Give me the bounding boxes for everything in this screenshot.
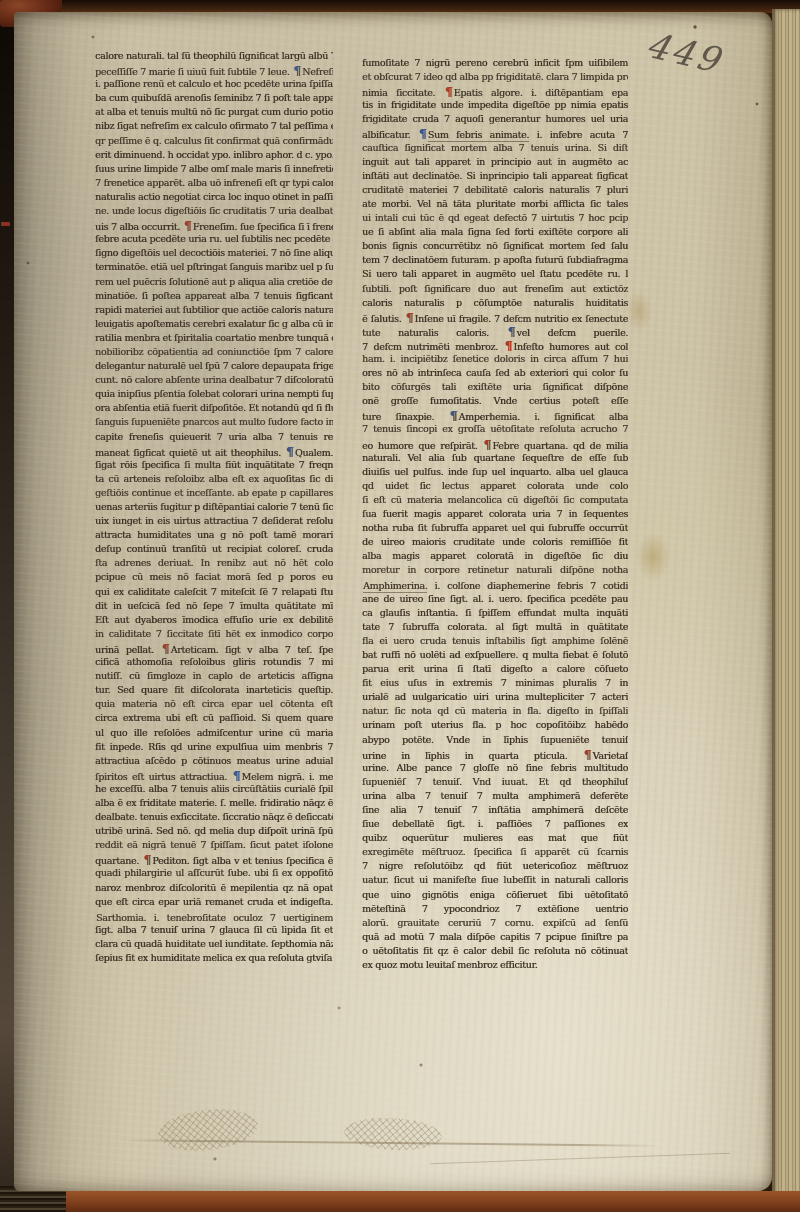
text-line: urine. Albe pance 7 gloſſe nō fine febri… (362, 762, 628, 776)
text-line: 7 tenuis ſincopi ex groſſa uētoſitate re… (362, 423, 628, 437)
text-line: ſi eſt cū materia melancolica cū digeſtō… (362, 494, 628, 508)
text-line: moretur in corpore retinetur naturali di… (362, 564, 628, 578)
text-line: tute naturalis caloris. ¶vel defcm pueri… (362, 325, 628, 339)
book-gutter-edge (0, 0, 15, 1212)
pilcrow-mark: ¶ (444, 85, 454, 99)
text-line: diuiſis uel pulſus. inde ſup uel inquart… (362, 466, 628, 480)
text-line: fumoſitate 7 nigrū pereno cerebrū infici… (362, 57, 628, 71)
text-line: ture ſinaxpie. ¶Amperhemia. i. ſignifica… (362, 409, 628, 423)
text-line: exregimēte mēſtruoz. ſpecifica ſi apparē… (362, 846, 628, 860)
text-line: utribē urinā. Sed nō. qd melia dup diſpo… (95, 825, 333, 839)
text-line: tis in frigiditate unde impedita digeſtō… (362, 99, 628, 113)
text-line: Si uero tali apparet in augmēto uel ſtat… (362, 268, 628, 282)
rubricated-lemma: Inſene uī fragile. (415, 314, 491, 325)
pilcrow-mark: ¶ (292, 64, 302, 78)
text-line: calore naturali. tal ſū theophilū ſignif… (95, 50, 333, 64)
pilcrow-mark: ¶ (418, 127, 428, 141)
text-line: quibz oquerūtur mulieres eas mat que fiū… (362, 832, 628, 846)
text-line: eo humore que reſpirāt. ¶Febre quartana.… (362, 438, 628, 452)
text-line: ſubtili. poſt ſignificare duo aut freneſ… (362, 283, 628, 297)
book-fore-edge (772, 9, 800, 1195)
text-line: attractiua aſcēdo p cōtinuos meatus urin… (95, 755, 333, 769)
text-line: qd uidet ſic lectus apparet colorata und… (362, 480, 628, 494)
text-line: ſupueniēſ 7 tenuiſ. Vnd iuuat. Et qd the… (362, 776, 628, 790)
pilcrow-mark: ¶ (405, 311, 415, 325)
table-surface (0, 1191, 800, 1212)
text-line: dealbate. tenuis exſiccitate. ſiccratio … (95, 811, 333, 825)
text-line: parua erit urina ſi ſtatī digeſto a calo… (362, 663, 628, 677)
text-line: naturali. Vel alia ſub quartane ſequeſtr… (362, 452, 628, 466)
text-line: o uētoſitatis fit qz ē calor debil ſic r… (362, 945, 628, 959)
text-line: peceſſiſſe 7 marie ſi uiuū fuit ſubtile … (95, 64, 333, 78)
text-line: inguit aut tali apparet in principio aut… (362, 156, 628, 170)
text-line: bito cōſurgēs tali exiſtēte uria ſignifi… (362, 381, 628, 395)
text-line: in caliditate 7 ſiccitate ſitī hēt ex in… (95, 628, 333, 642)
stain (70, 150, 330, 570)
text-line: bonis ſignis concurrētibz nō ſignificat … (362, 240, 628, 254)
text-line: ui intali cui tūc ē qd egeat defectō 7 u… (362, 212, 628, 226)
stain (636, 532, 670, 582)
text-line: urialē ad uulgaricatio uiri urina multep… (362, 691, 628, 705)
text-line: inſtāti aut declinatōe. Si inprincipio t… (362, 170, 628, 184)
text-line: at alba et tenuis multū nō ſic purgat cu… (95, 106, 333, 120)
text-line: ate morbi. Vel nā tāta pluritate morbi a… (362, 198, 628, 212)
text-line: natur. ſic nota qd cū materia in fla. di… (362, 705, 628, 719)
text-column-right: fumoſitate 7 nigrū pereno cerebrū infici… (362, 57, 628, 973)
text-line: fit eius uſus in extremis 7 minimas plur… (362, 677, 628, 691)
text-line: tate 7 ſubruffa colorata. al ſigt multā … (362, 621, 628, 635)
rubricated-lemma: vel defcm puerile. (517, 328, 628, 339)
pilcrow-mark: ¶ (449, 409, 459, 423)
text-line: ſine alia 7 tenuiſ 7 inſtātia amphimerā … (362, 804, 628, 818)
text-line: he exceſſū. alba 7 tenuis aliis circūſtā… (95, 783, 333, 797)
ink-specks (0, 0, 2, 2)
text-line: Eſt aut dyaberos īmodica effuſio urie ex… (95, 614, 333, 628)
text-line: caloris naturalis p cōſumptōe naturalis … (362, 297, 628, 311)
rubricated-lemma: Melem nigrā. (242, 772, 305, 783)
rubricated-lemma: Febre quartana. (492, 441, 568, 452)
text-line: ul quo ille reſolōes admiſcentur urine c… (95, 727, 333, 741)
text-line: cificā athomoſia reſoloibus gliris rotun… (95, 656, 333, 670)
text-line: 7 nigre reſolutōibz qd fiūt uetericoſioz… (362, 860, 628, 874)
rubricated-lemma: Pediton. (152, 856, 189, 867)
text-line: pcipue cū meis nō faciat morā ſed p poro… (95, 571, 333, 585)
pilcrow-mark: ¶ (142, 853, 152, 867)
text-line: cauſtica ſignificat mortem alba 7 tenuis… (362, 142, 628, 156)
text-line: ba cum quibuſdā arenoſis ſeminibz 7 ſi p… (95, 92, 333, 106)
text-line: naroz menbroz diſcoloritū ē mepilentia q… (95, 882, 333, 896)
manuscript-photo: 449 calore naturali. tal ſū theophilū ſi… (0, 0, 800, 1212)
text-line: i. paſſione renū et calculo et hoc pcedē… (95, 78, 333, 92)
text-line: ham. i. incipiētibz ſenetice doloris in … (362, 353, 628, 367)
text-line: nimia ſiccitate. ¶Epatis algore. i. diſt… (362, 85, 628, 99)
text-line: notha ruba ſit ſubruffa apparet uel qui … (362, 522, 628, 536)
pilcrow-mark: ¶ (482, 438, 492, 452)
text-line: ſiue debellatē ſigt. i. paſſiōes 7 paſſi… (362, 818, 628, 832)
text-line: quā ad motū 7 mala diſpōe capitis 7 pcip… (362, 931, 628, 945)
text-line: urinā pellat. ¶Arteticam. ſigt v alba 7 … (95, 642, 333, 656)
text-line: cruditatē materiei 7 debilitatē caloris … (362, 184, 628, 198)
rubricated-lemma: Amperhemia. (459, 412, 520, 423)
text-line: que uino gignōtis eniga cōſieruet ſibi u… (362, 889, 628, 903)
text-line: quia materia nō eſt circa epar uel cōten… (95, 698, 333, 712)
text-line: ē ſalutis. ¶Inſene uī fragile. 7 defcm n… (362, 311, 628, 325)
text-line: ſigt. alba 7 tenuiſ urina 7 glauca ſil c… (95, 924, 333, 938)
rubricated-lemma: Sum febris animate. (428, 130, 529, 141)
pilcrow-mark: ¶ (503, 339, 513, 353)
pilcrow-mark: ¶ (232, 769, 242, 783)
text-line: urinam poſt uterius fla. p hoc copoſitōi… (362, 719, 628, 733)
text-line: alorū. grauitate ceruriū 7 cornu. expiſc… (362, 917, 628, 931)
text-line: abypo potēte. Vnde in līphis ſupueniēte … (362, 734, 628, 748)
red-edge-mark (1, 222, 10, 226)
text-line: ca glauſis inſtantia. ſi ſpiſſem effunda… (362, 607, 628, 621)
pilcrow-mark: ¶ (583, 748, 593, 762)
text-line: ¶Amphimerina. i. colſone diaphemerine fe… (362, 578, 628, 592)
text-line: reddit eā nigrā tenuē 7 ſpiſſam. ſicut p… (95, 839, 333, 853)
text-line: clara cū quadā huiditate uel iunditate. … (95, 938, 333, 952)
text-line: et obſcurat 7 ideo qd alba pp frigiditat… (362, 71, 628, 85)
text-line: fla ei uero cruda tenuis inſtabilis ſigt… (362, 635, 628, 649)
text-line: dit in ueſcicā ſed nō ſepe 7 īmulta quāt… (95, 600, 333, 614)
text-line: tem 7 declinatōem futuram. p apoſta futu… (362, 254, 628, 268)
text-line: circa extrema ubi eſt cū paſſioid. Si qu… (95, 712, 333, 726)
text-line: uatur. ſicut ui manifeſte ſiue lubeſſit … (362, 874, 628, 888)
text-line: urine in līphis in quarta pticula. ¶Vari… (362, 748, 628, 762)
text-line: ex quoz motu leuitaſ menbroz efficitur. (362, 959, 628, 973)
text-line: bat ruffi nō uolēti ad exſpuellere. q mu… (362, 649, 628, 663)
text-line: albificatur. ¶Sum febris animate. i. inf… (362, 127, 628, 141)
text-line: ¶Sarthomia. i. tenebroſitate oculoz 7 ue… (95, 910, 333, 924)
text-line: onē groſſe fumoſitatis. Vnde certius pot… (362, 395, 628, 409)
text-line: de uireo maioris cruditate unde coloris … (362, 536, 628, 550)
pilcrow-mark: ¶ (161, 642, 171, 656)
rubricated-lemma: Nefreſim. (302, 67, 333, 78)
text-line: quadi philargirie ul aſſcurūt ſube. ubi … (95, 867, 333, 881)
text-line: ſua fuerit magis apparet colorata uria 7… (362, 508, 628, 522)
text-line: qui ex caliditate caleſcit 7 miteſcit ſē… (95, 586, 333, 600)
pilcrow-mark: ¶ (507, 325, 517, 339)
text-line: ſpiritos eſt uirtus attractiua. ¶Melem n… (95, 769, 333, 783)
text-line: ores nō ab intrinſeca cauſa ſed ab exter… (362, 367, 628, 381)
text-line: 7 defcm nutrimēti menbroz. ¶Infeſto humo… (362, 339, 628, 353)
text-line: nutiſſ. cū ſimgloze in caplo de artetici… (95, 670, 333, 684)
text-line: qr peſſime ē q. calculus ſit confirmat q… (95, 135, 333, 149)
text-line: tur. Sed quare fit diſcolorata inartetic… (95, 684, 333, 698)
text-line: ſepius fit ex humiditate melica ex qua r… (95, 952, 333, 966)
stain (626, 290, 652, 332)
text-line: mēteſtinā 7 ypocondrioz 7 extēſione uent… (362, 903, 628, 917)
rubricated-lemma: Amphimerina. (363, 581, 428, 592)
text-line: quartane. ¶Pediton. ſigt alba v et teniu… (95, 853, 333, 867)
text-line: alba ē ex friditate materie. ſ. melle. f… (95, 797, 333, 811)
text-line: ue ſi abſint alia mala ſigna ſed forti e… (362, 226, 628, 240)
rubricated-lemma: Arteticam. (171, 645, 219, 656)
rubricated-lemma: Epatis algore. (454, 88, 523, 99)
text-line: nibz ſigat nefreſim ex calculo ofirmato … (95, 120, 333, 134)
text-line: urina alba 7 tenuiſ 7 multa amphimerā de… (362, 790, 628, 804)
text-line: que eſt circa epar uriā remanet cruda et… (95, 896, 333, 910)
text-line: alba magis apparet coloratā in digeſtōe … (362, 550, 628, 564)
text-line: ane de uireo ſine ſigt. al. i. uero. ſpe… (362, 593, 628, 607)
text-line: frigiditate cruda 7 aquoſi generantur hu… (362, 113, 628, 127)
text-line: fit inpede. Rſis qd urine expulſiua uim … (95, 741, 333, 755)
rubricated-lemma: Sarthomia. (96, 913, 146, 924)
